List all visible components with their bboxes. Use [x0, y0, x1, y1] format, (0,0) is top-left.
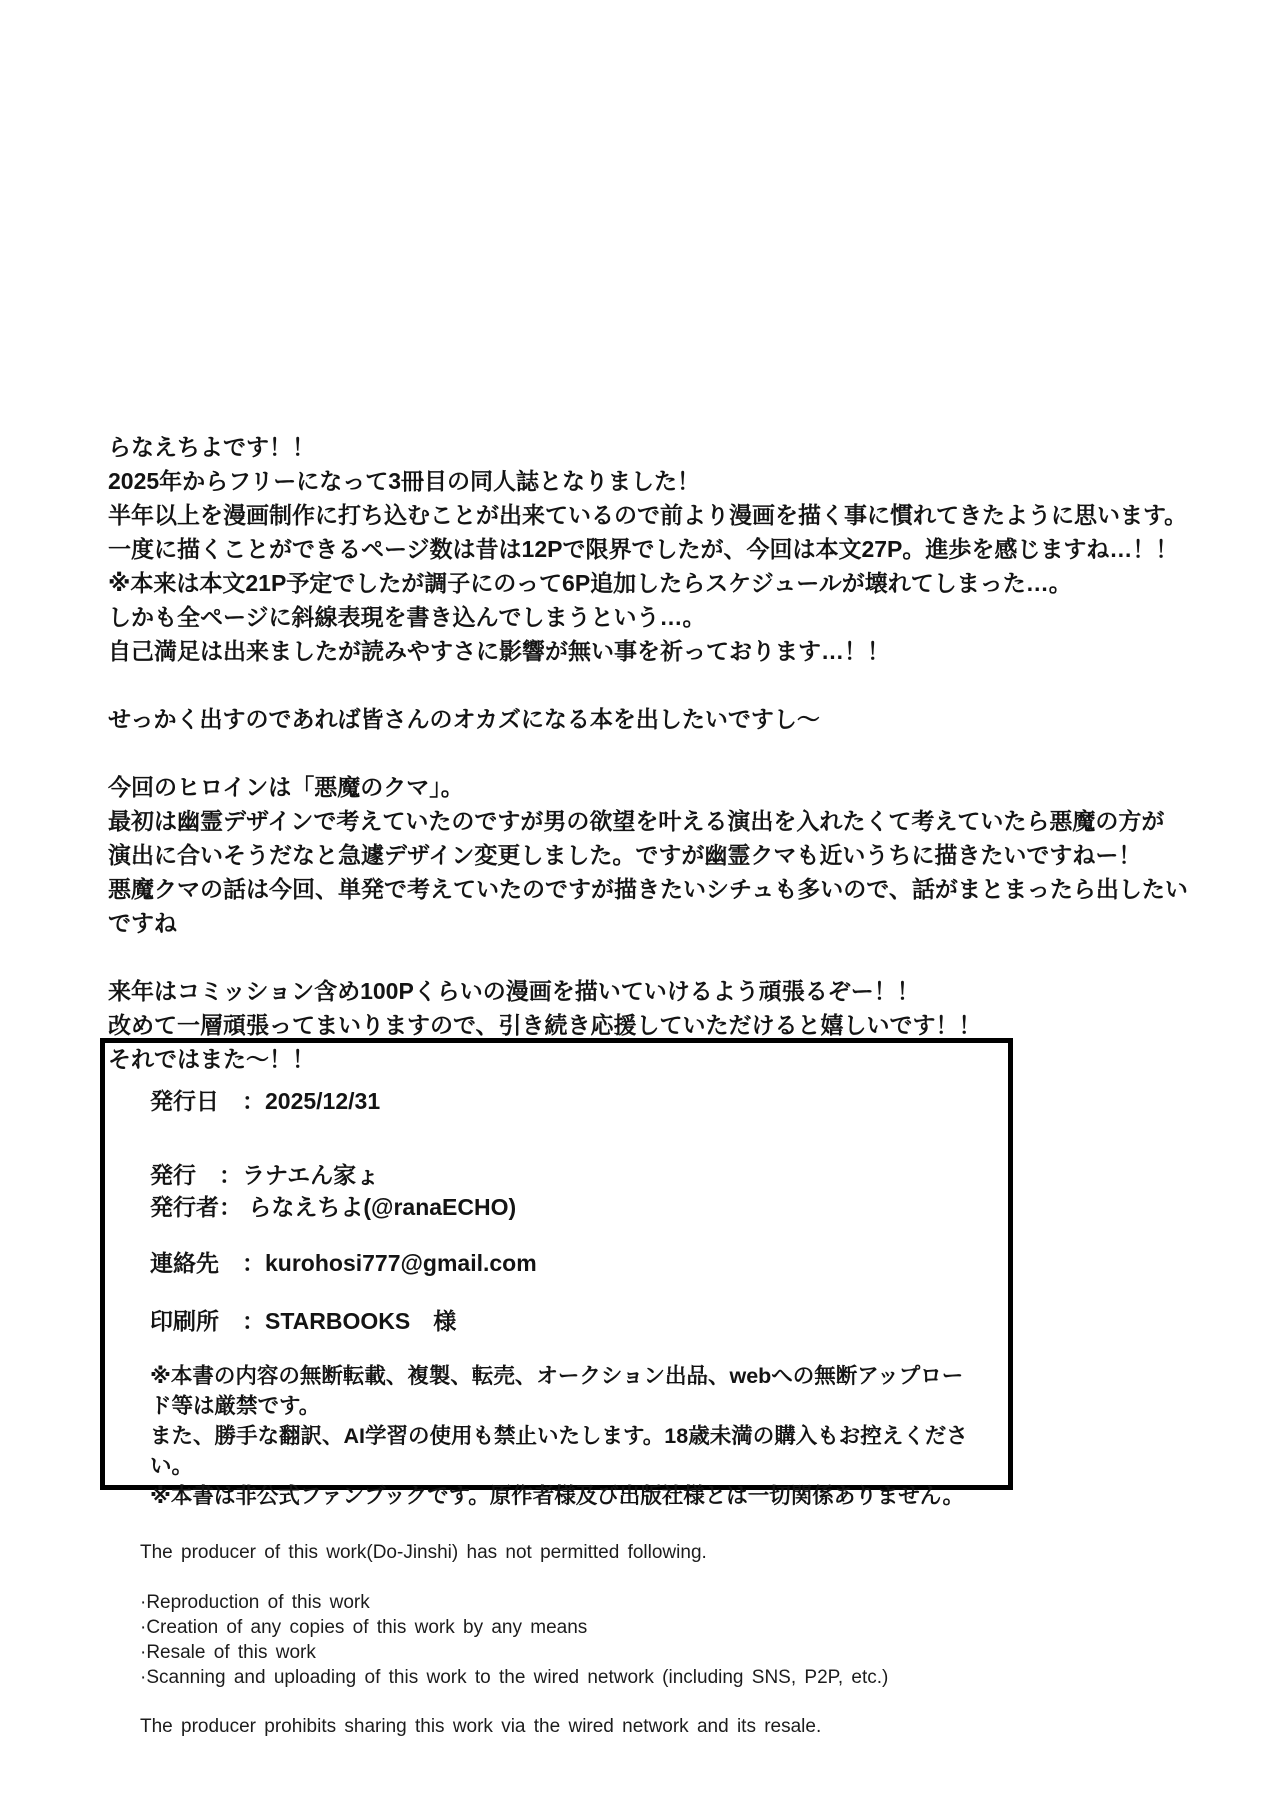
afterword-line: ※本来は本文21P予定でしたが調子にのって6P追加したらスケジュールが壊れてしま…: [108, 566, 1188, 600]
afterword-line: 半年以上を漫画制作に打ち込むことが出来ているので前より漫画を描く事に慣れてきたよ…: [108, 498, 1188, 532]
author-row: 発行者： らなえちよ(@ranaECHO): [150, 1191, 980, 1223]
notice-line: また、勝手な翻訳、AI学習の使用も禁止いたします。18歳未満の購入もお控えくださ…: [150, 1421, 980, 1481]
afterword-line: 改めて一層頑張ってまいりますので、引き続き応援していただけると嬉しいです！！: [108, 1008, 1188, 1042]
afterword-line: 一度に描くことができるページ数は昔は12Pで限界でしたが、今回は本文27P。進歩…: [108, 532, 1188, 566]
english-notice-item: ·Resale of this work: [140, 1640, 1180, 1665]
afterword-line: 2025年からフリーになって3冊目の同人誌となりました！: [108, 464, 1188, 498]
afterword-blank-line: [108, 668, 1188, 702]
english-notice-footer: The producer prohibits sharing this work…: [140, 1714, 1180, 1739]
afterword-line: 最初は幽霊デザインで考えていたのですが男の欲望を叶える演出を入れたくて考えていた…: [108, 804, 1188, 838]
afterword-text-block: らなえちよです！！ 2025年からフリーになって3冊目の同人誌となりました！ 半…: [108, 430, 1188, 1076]
publish-date-row: 発行日 ：2025/12/31: [150, 1085, 980, 1117]
afterword-line: しかも全ページに斜線表現を書き込んでしまうという…。: [108, 600, 1188, 634]
english-notice-item: ·Reproduction of this work: [140, 1590, 1180, 1615]
english-notice-list: ·Reproduction of this work ·Creation of …: [140, 1590, 1180, 1690]
doujinshi-afterword-page: らなえちよです！！ 2025年からフリーになって3冊目の同人誌となりました！ 半…: [0, 0, 1280, 1808]
copyright-notices: ※本書の内容の無断転載、複製、転売、オークション出品、webへの無断アップロード…: [150, 1361, 980, 1511]
colophon-box: 発行日 ：2025/12/31 発行 ：ラナエん家ょ 発行者： らなえちよ(@r…: [100, 1038, 1013, 1490]
printer-row: 印刷所 ：STARBOOKS 様: [150, 1305, 980, 1337]
afterword-line: 自己満足は出来ましたが読みやすさに影響が無い事を祈っております…！！: [108, 634, 1188, 668]
publisher-circle-row: 発行 ：ラナエん家ょ: [150, 1159, 980, 1191]
afterword-blank-line: [108, 940, 1188, 974]
afterword-line: らなえちよです！！: [108, 430, 1188, 464]
afterword-line: 来年はコミッション含め100Pくらいの漫画を描いていけるよう頑張るぞー！！: [108, 974, 1188, 1008]
english-notice-intro: The producer of this work(Do-Jinshi) has…: [140, 1540, 1180, 1565]
afterword-line: 悪魔クマの話は今回、単発で考えていたのですが描きたいシチュも多いので、話がまとま…: [108, 872, 1188, 940]
afterword-line: 演出に合いそうだなと急遽デザイン変更しました。ですが幽霊クマも近いうちに描きたい…: [108, 838, 1188, 872]
afterword-blank-line: [108, 736, 1188, 770]
contact-email-row: 連絡先 ：kurohosi777@gmail.com: [150, 1247, 980, 1279]
english-notice-item: ·Scanning and uploading of this work to …: [140, 1665, 1180, 1690]
afterword-line: せっかく出すのであれば皆さんのオカズになる本を出したいですし～: [108, 702, 1188, 736]
english-notice-block: The producer of this work(Do-Jinshi) has…: [140, 1540, 1180, 1739]
english-notice-item: ·Creation of any copies of this work by …: [140, 1615, 1180, 1640]
afterword-line: 今回のヒロインは「悪魔のクマ」。: [108, 770, 1188, 804]
notice-line: ※本書の内容の無断転載、複製、転売、オークション出品、webへの無断アップロード…: [150, 1361, 980, 1421]
notice-line: ※本書は非公式ファンブックです。原作者様及び出版社様とは一切関係ありません。: [150, 1481, 980, 1511]
